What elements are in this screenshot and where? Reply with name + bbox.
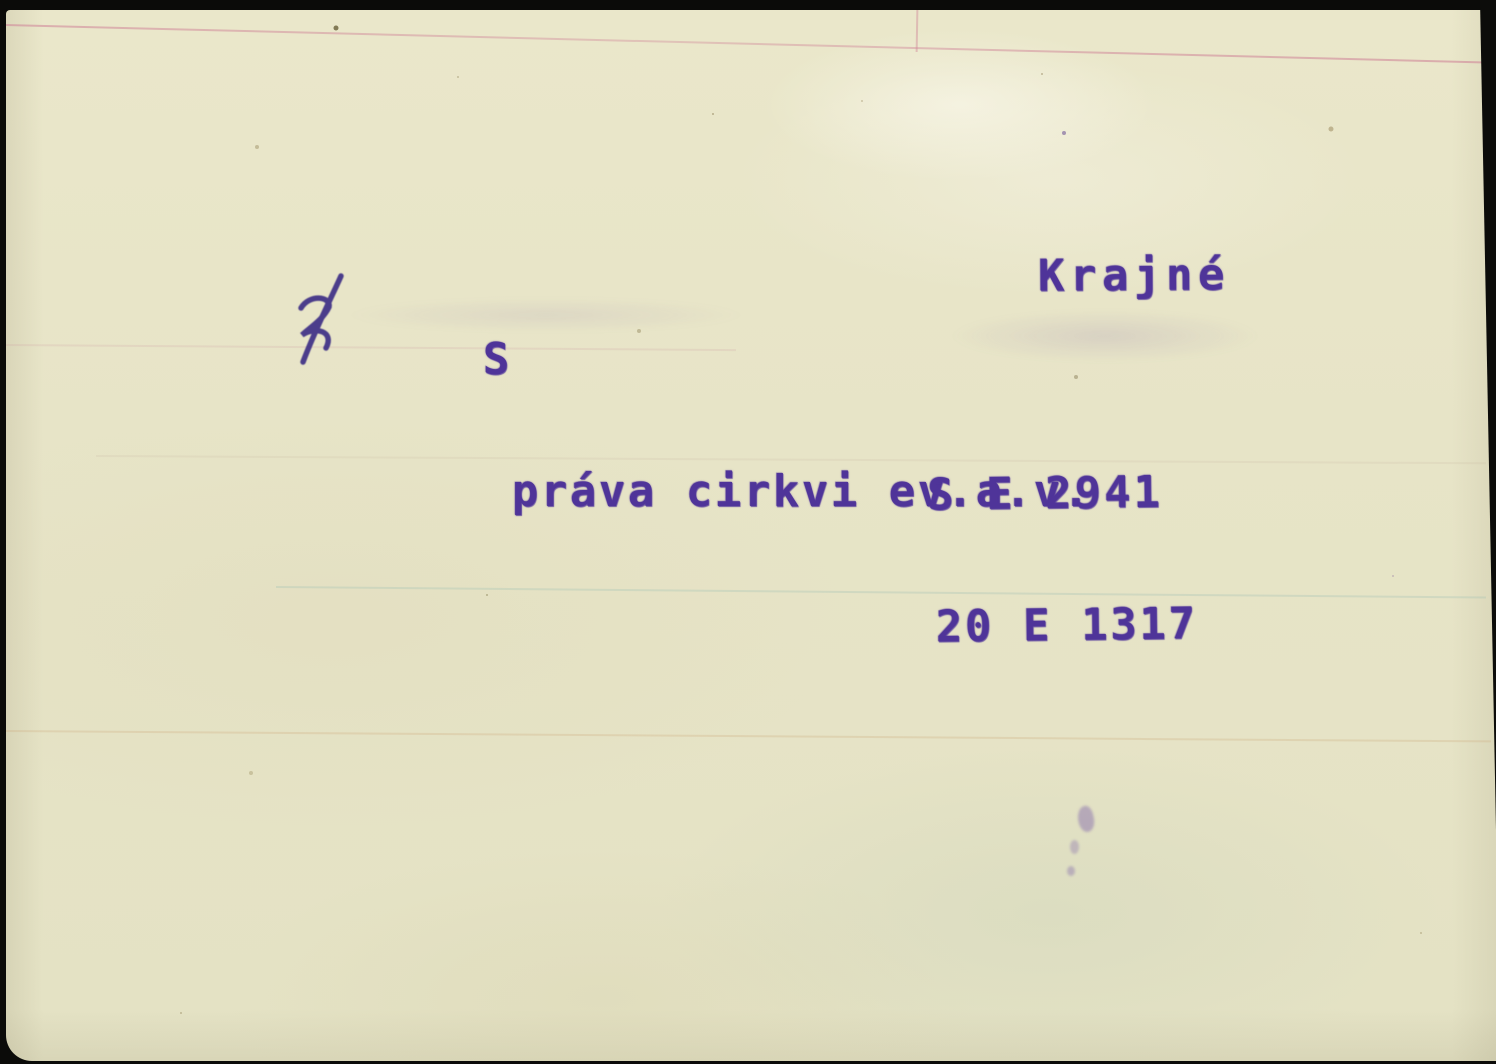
paper-specks: [6, 10, 8, 12]
ruled-line-faint-4: [6, 730, 1491, 742]
place-name: Krajné: [1038, 253, 1230, 298]
scanned-index-card: S Z práva cirkvi ev.a.v. Krajné S E 2941…: [6, 10, 1496, 1061]
stray-ink-mark: [1067, 866, 1075, 876]
ruled-line-faint-3: [276, 586, 1486, 599]
overstruck-first-letter: S Z: [309, 294, 512, 514]
reference-line-2: 20 E 1317: [936, 602, 1198, 649]
stray-ink-mark: [1070, 840, 1079, 854]
reference-numbers: S E 2941 20 E 1317: [926, 382, 1199, 737]
typed-letter-s: S: [483, 334, 512, 385]
reference-line-1: S E 2941: [927, 470, 1196, 517]
handwritten-z-overstrike-icon: [281, 270, 359, 366]
ruled-line-vertical-pink: [916, 10, 919, 52]
ruled-line-horizontal-pink: [6, 24, 1486, 63]
stray-ink-mark: [1075, 804, 1097, 833]
